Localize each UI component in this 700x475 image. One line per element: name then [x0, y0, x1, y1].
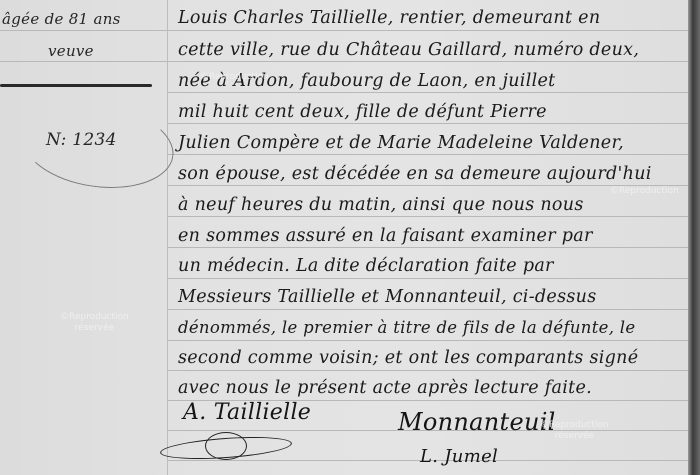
record-line-6: son épouse, est décédée en sa demeure au… — [178, 164, 652, 184]
ruled-line — [168, 216, 688, 217]
record-line-9: un médecin. La dite déclaration faite pa… — [178, 256, 554, 276]
register-page: âgée de 81 ans veuve N: 1234 Louis Charl… — [0, 0, 690, 475]
margin-status-note: veuve — [48, 42, 94, 60]
record-line-11: dénommés, le premier à titre de fils de … — [178, 318, 635, 337]
record-line-2: cette ville, rue du Château Gaillard, nu… — [178, 40, 639, 60]
ruled-line — [168, 309, 688, 310]
record-line-4: mil huit cent deux, fille de défunt Pier… — [178, 102, 547, 122]
record-number: N: 1234 — [46, 130, 117, 150]
ruled-line — [168, 370, 688, 371]
watermark-line-1: ©Reproduction — [60, 312, 129, 323]
watermark-line-1: ©Reproduction — [610, 186, 679, 197]
watermark-line-1: ©Reproduction — [200, 72, 269, 83]
ruled-line — [0, 30, 688, 31]
watermark: ©Reproduction — [200, 72, 269, 83]
ruled-line — [168, 154, 688, 155]
signature-declarant-1: A. Taillielle — [183, 400, 311, 425]
signature-officer: L. Jumel — [420, 446, 498, 467]
record-line-1: Louis Charles Taillielle, rentier, demeu… — [178, 8, 600, 28]
record-line-8: en sommes assuré en la faisant examiner … — [178, 226, 593, 246]
record-line-10: Messieurs Taillielle et Monnanteuil, ci-… — [178, 287, 597, 307]
ruled-line — [168, 278, 688, 279]
page-binding-edge — [688, 0, 700, 475]
signature-flourish-loop — [205, 432, 247, 460]
record-line-13: avec nous le présent acte après lecture … — [178, 378, 592, 398]
ruled-line — [168, 123, 688, 124]
watermark: ©Reproduction réservée — [540, 420, 609, 442]
margin-rule — [167, 0, 168, 475]
record-line-5: Julien Compère et de Marie Madeleine Val… — [178, 133, 624, 153]
signature-declarant-2: Monnanteuil — [398, 408, 556, 436]
ruled-line — [168, 340, 688, 341]
margin-separator-rule — [0, 84, 152, 87]
watermark-line-2: réservée — [540, 431, 609, 442]
record-line-12: second comme voisin; et ont les comparan… — [178, 348, 638, 368]
watermark: ©Reproduction réservée — [60, 312, 129, 334]
watermark-line-2: réservée — [60, 323, 129, 334]
ruled-line — [0, 61, 688, 62]
ruled-line — [168, 92, 688, 93]
ruled-line — [168, 247, 688, 248]
record-line-7: à neuf heures du matin, ainsi que nous n… — [178, 195, 584, 215]
watermark: ©Reproduction — [610, 186, 679, 197]
margin-age-note: âgée de 81 ans — [2, 10, 121, 28]
watermark-line-1: ©Reproduction — [540, 420, 609, 431]
